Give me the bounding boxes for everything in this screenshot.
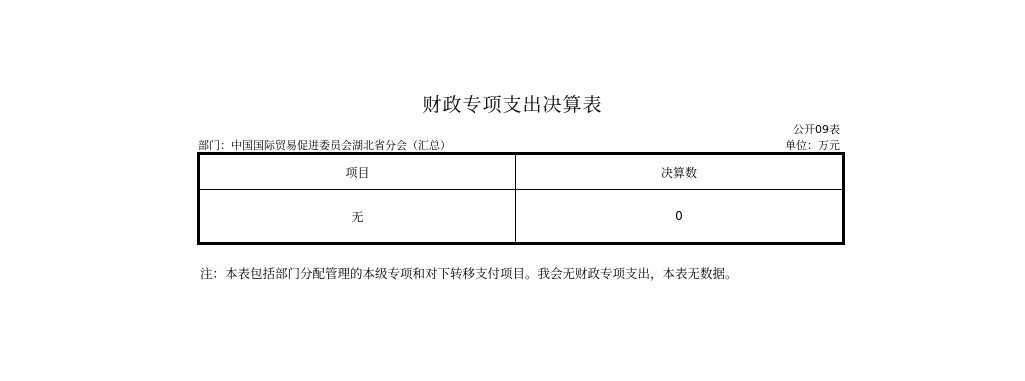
page-title: 财政专项支出决算表 (0, 90, 1025, 117)
column-header-item: 项目 (199, 154, 516, 190)
table-header-row: 项目 决算数 (199, 154, 844, 190)
cell-amount: 0 (516, 190, 844, 244)
department-label: 部门：中国国际贸易促进委员会湖北省分会（汇总） (198, 137, 451, 153)
unit-label: 单位：万元 (785, 137, 840, 153)
footnote: 注：本表包括部门分配管理的本级专项和对下转移支付项目。我会无财政专项支出，本表无… (200, 264, 738, 282)
table-row: 无 0 (199, 190, 844, 244)
cell-item: 无 (199, 190, 516, 244)
expenditure-table: 项目 决算数 无 0 (197, 152, 845, 245)
form-number: 公开09表 (793, 121, 840, 137)
column-header-amount: 决算数 (516, 154, 844, 190)
